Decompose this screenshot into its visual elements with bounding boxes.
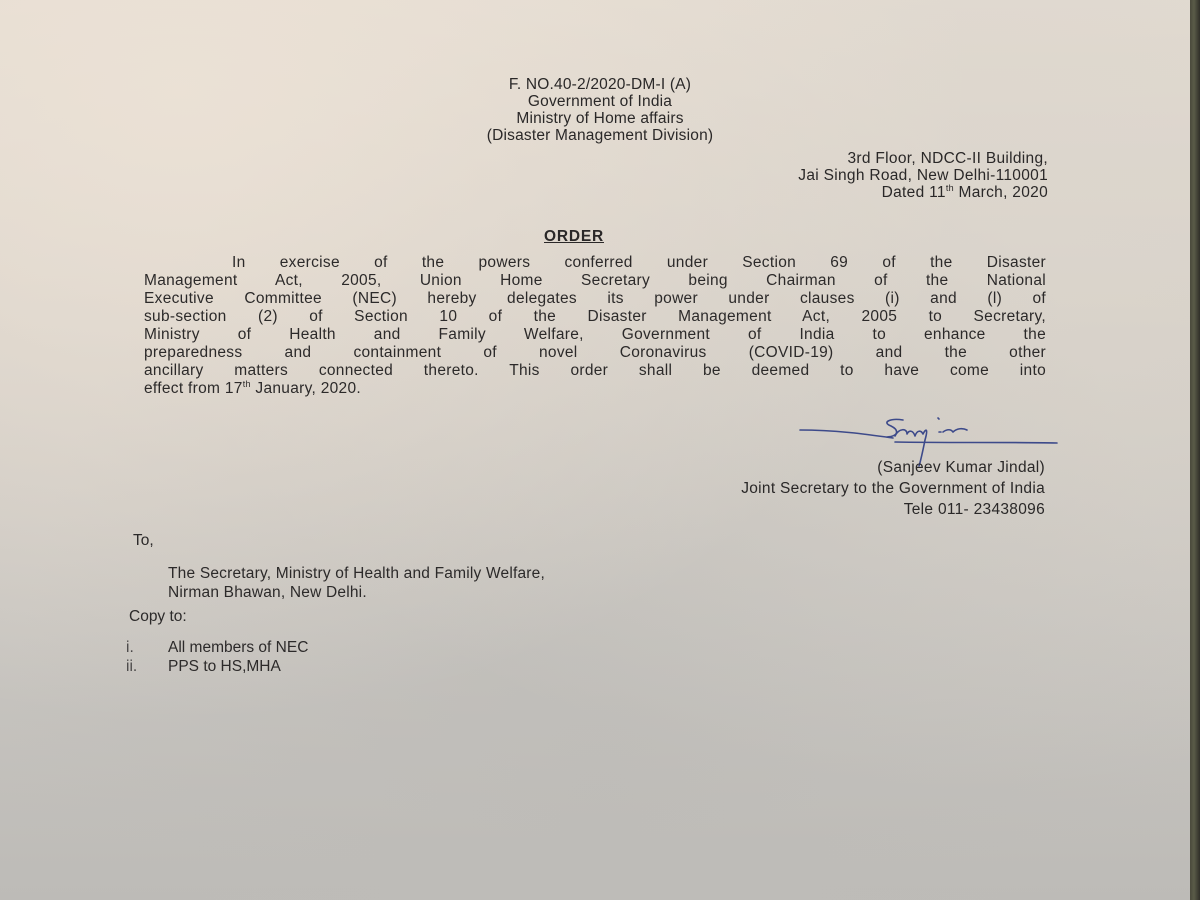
to-label: To,: [133, 532, 154, 550]
order-title: ORDER: [544, 228, 604, 246]
recipient-address: The Secretary, Ministry of Health and Fa…: [168, 564, 545, 602]
order-body: In exercise of the powers conferred unde…: [144, 254, 1046, 398]
body-line: sub-section (2) of Section 10 of the Dis…: [144, 308, 1046, 326]
document-date: Dated 11th March, 2020: [798, 184, 1048, 201]
address-line-2: Jai Singh Road, New Delhi-110001: [798, 167, 1048, 184]
signatory-block: (Sanjeev Kumar Jindal) Joint Secretary t…: [741, 457, 1045, 520]
document-header: F. NO.40-2/2020-DM-I (A) Government of I…: [400, 76, 800, 144]
recipient-line-2: Nirman Bhawan, New Delhi.: [168, 583, 545, 602]
body-line: preparedness and containment of novel Co…: [144, 344, 1046, 362]
address-line-1: 3rd Floor, NDCC-II Building,: [798, 150, 1048, 167]
body-line: Executive Committee (NEC) hereby delegat…: [144, 290, 1046, 308]
copy-to-item: ii. PPS to HS,MHA: [126, 657, 308, 676]
copy-to-label: Copy to:: [129, 608, 187, 626]
paper-edge: [1190, 0, 1200, 900]
government-name: Government of India: [400, 93, 800, 110]
office-address: 3rd Floor, NDCC-II Building, Jai Singh R…: [798, 150, 1048, 201]
body-line: Management Act, 2005, Union Home Secreta…: [144, 272, 1046, 290]
list-text: PPS to HS,MHA: [168, 657, 281, 676]
order-document: F. NO.40-2/2020-DM-I (A) Government of I…: [0, 0, 1200, 900]
copy-to-item: i. All members of NEC: [126, 638, 308, 657]
file-number: F. NO.40-2/2020-DM-I (A): [400, 76, 800, 93]
recipient-line-1: The Secretary, Ministry of Health and Fa…: [168, 564, 545, 583]
signatory-name: (Sanjeev Kumar Jindal): [741, 457, 1045, 478]
copy-to-list: i. All members of NEC ii. PPS to HS,MHA: [126, 638, 308, 676]
body-line: Ministry of Health and Family Welfare, G…: [144, 326, 1046, 344]
signatory-designation: Joint Secretary to the Government of Ind…: [741, 478, 1045, 499]
list-number: ii.: [126, 657, 168, 676]
body-line: In exercise of the powers conferred unde…: [144, 254, 1046, 272]
division-name: (Disaster Management Division): [400, 127, 800, 144]
body-line-effective-date: effect from 17th January, 2020.: [144, 380, 1046, 398]
list-number: i.: [126, 638, 168, 657]
body-line: ancillary matters connected thereto. Thi…: [144, 362, 1046, 380]
ministry-name: Ministry of Home affairs: [400, 110, 800, 127]
signatory-phone: Tele 011- 23438096: [741, 499, 1045, 520]
list-text: All members of NEC: [168, 638, 308, 657]
